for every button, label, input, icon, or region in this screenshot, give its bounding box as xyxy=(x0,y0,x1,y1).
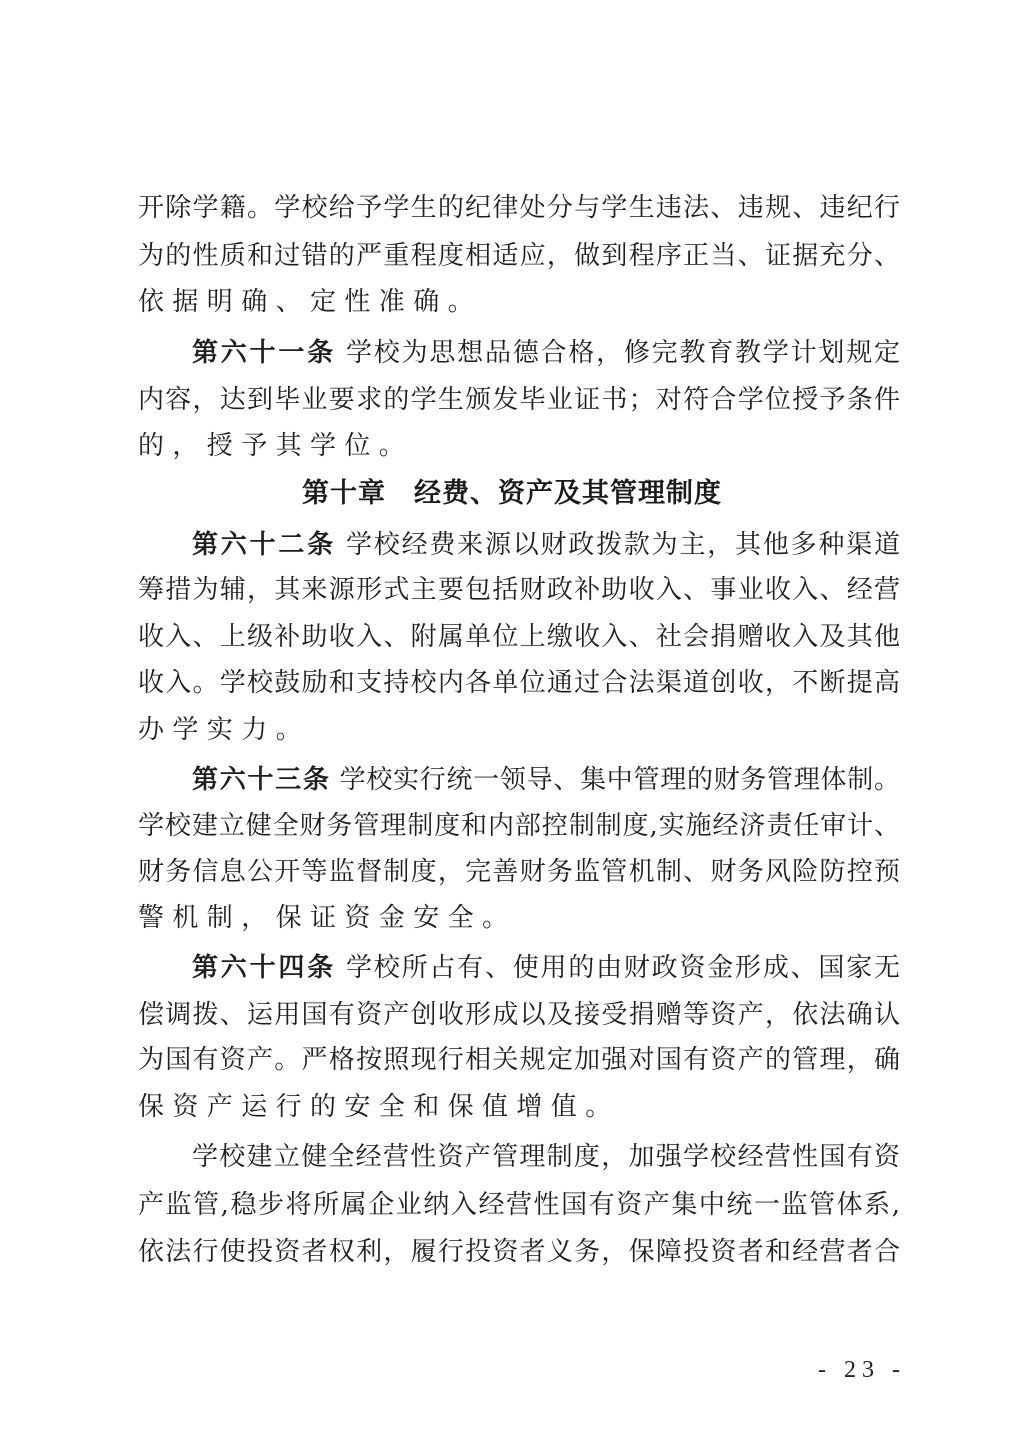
chapter-heading: 第十章经费、资产及其管理制度 xyxy=(0,474,1024,514)
paragraph-first-line: 学校建立健全经营性资产管理制度，加强学校经营性国有资 xyxy=(192,1137,900,1177)
article-text: 学校实行统一领导、集中管理的财务管理体制。 xyxy=(340,765,900,795)
article-number: 第六十二条 xyxy=(192,530,336,560)
paragraph-line: 财务信息公开等监督制度，完善财务监管机制、财务风险防控预 xyxy=(138,852,900,892)
paragraph-line: 办学实力。 xyxy=(138,710,900,750)
paragraph-line: 的，授予其学位。 xyxy=(138,426,900,466)
paragraph-line: 内容，达到毕业要求的学生颁发毕业证书；对符合学位授予条件 xyxy=(138,380,900,420)
article-61-first-line: 第六十一条 学校为思想品德合格，修完教育教学计划规定 xyxy=(192,333,900,373)
paragraph-line: 依据明确、定性准确。 xyxy=(138,282,900,322)
article-text: 学校经费来源以财政拨款为主，其他多种渠道 xyxy=(346,530,900,560)
paragraph-line: 保资产运行的安全和保值增值。 xyxy=(138,1087,900,1127)
paragraph-line: 为国有资产。严格按照现行相关规定加强对国有资产的管理，确 xyxy=(138,1040,900,1080)
document-page: 开除学籍。学校给予学生的纪律处分与学生违法、违规、违纪行 为的性质和过错的严重程… xyxy=(0,0,1024,1448)
chapter-number: 第十章 xyxy=(302,478,386,509)
paragraph-line: 筹措为辅，其来源形式主要包括财政补助收入、事业收入、经营 xyxy=(138,570,900,610)
chapter-title: 经费、资产及其管理制度 xyxy=(414,478,722,509)
paragraph-line: 收入、上级补助收入、附属单位上缴收入、社会捐赠收入及其他 xyxy=(138,617,900,657)
paragraph-line: 偿调拨、运用国有资产创收形成以及接受捐赠等资产，依法确认 xyxy=(138,995,900,1035)
page-number: - 23 - xyxy=(818,1357,906,1384)
article-64-first-line: 第六十四条 学校所占有、使用的由财政资金形成、国家无 xyxy=(192,948,900,988)
paragraph-line: 为的性质和过错的严重程度相适应，做到程序正当、证据充分、 xyxy=(138,236,900,276)
article-text: 学校所占有、使用的由财政资金形成、国家无 xyxy=(346,953,900,983)
article-text: 学校为思想品德合格，修完教育教学计划规定 xyxy=(346,338,900,368)
paragraph-line: 开除学籍。学校给予学生的纪律处分与学生违法、违规、违纪行 xyxy=(138,188,900,228)
paragraph-line: 依法行使投资者权利，履行投资者义务，保障投资者和经营者合 xyxy=(138,1232,900,1272)
article-62-first-line: 第六十二条 学校经费来源以财政拨款为主，其他多种渠道 xyxy=(192,525,900,565)
paragraph-line: 学校建立健全财务管理制度和内部控制制度,实施经济责任审计、 xyxy=(138,806,900,846)
paragraph-line: 收入。学校鼓励和支持校内各单位通过合法渠道创收，不断提高 xyxy=(138,663,900,703)
article-63-first-line: 第六十三条 学校实行统一领导、集中管理的财务管理体制。 xyxy=(192,760,900,800)
paragraph-line: 产监管,稳步将所属企业纳入经营性国有资产集中统一监管体系, xyxy=(138,1185,900,1225)
article-number: 第六十三条 xyxy=(192,765,331,795)
article-number: 第六十一条 xyxy=(192,338,336,368)
article-number: 第六十四条 xyxy=(192,953,336,983)
paragraph-line: 警机制，保证资金安全。 xyxy=(138,898,900,938)
